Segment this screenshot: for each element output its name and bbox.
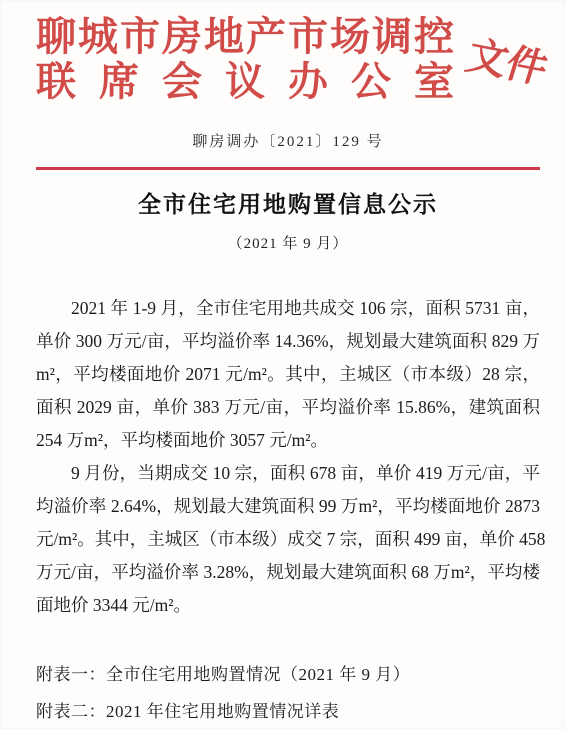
document-title: 全市住宅用地购置信息公示 <box>36 189 540 219</box>
red-letterhead: 聊城市房地产市场调控 联席会议办公室 文件 <box>36 14 540 104</box>
document-subtitle: （2021 年 9 月） <box>36 232 540 253</box>
attachment-item-2: 附表二：2021 年住宅用地购置情况详表 <box>36 693 540 729</box>
agency-name-line-1: 聊城市房地产市场调控 <box>36 14 454 59</box>
red-separator-line <box>36 167 540 170</box>
body-line: 万元/亩，平均溢价率 3.28%，规划最大建筑面积 68 万m²，平均楼 <box>36 556 540 589</box>
agency-name-line-2: 联席会议办公室 <box>36 59 454 104</box>
attachment-list: 附表一：全市住宅用地购置情况（2021 年 9 月） 附表二：2021 年住宅用… <box>36 656 540 729</box>
doc-type-label: 文件 <box>460 24 555 94</box>
body-line: 9 月份，当期成交 10 宗，面积 678 亩，单价 419 万元/亩，平 <box>36 457 540 490</box>
body-line: m²，平均楼面地价 2071 元/m²。其中，主城区（市本级）28 宗， <box>36 358 540 391</box>
document-body: 2021 年 1-9 月，全市住宅用地共成交 106 宗，面积 5731 亩， … <box>36 292 540 622</box>
body-line: 面积 2029 亩，单价 383 万元/亩，平均溢价率 15.86%，建筑面积 <box>36 391 540 424</box>
body-line: 单价 300 万元/亩，平均溢价率 14.36%，规划最大建筑面积 829 万 <box>36 325 540 358</box>
paragraph-2: 9 月份，当期成交 10 宗，面积 678 亩，单价 419 万元/亩，平 均溢… <box>36 457 540 622</box>
document-page: 聊城市房地产市场调控 联席会议办公室 文件 聊房调办〔2021〕129 号 全市… <box>0 0 565 729</box>
body-line: 面地价 3344 元/m²。 <box>36 589 540 622</box>
paragraph-1: 2021 年 1-9 月，全市住宅用地共成交 106 宗，面积 5731 亩， … <box>36 292 540 457</box>
body-line: 均溢价率 2.64%，规划最大建筑面积 99 万m²，平均楼面地价 2873 <box>36 490 540 523</box>
body-line: 元/m²。其中，主城区（市本级）成交 7 宗，面积 499 亩，单价 458 <box>36 523 540 556</box>
attachment-item-1: 附表一：全市住宅用地购置情况（2021 年 9 月） <box>36 656 540 693</box>
body-line: 254 万m²，平均楼面地价 3057 元/m²。 <box>36 424 540 457</box>
document-number: 聊房调办〔2021〕129 号 <box>36 130 540 151</box>
body-line: 2021 年 1-9 月，全市住宅用地共成交 106 宗，面积 5731 亩， <box>36 292 540 325</box>
agency-name: 聊城市房地产市场调控 联席会议办公室 <box>36 14 454 104</box>
